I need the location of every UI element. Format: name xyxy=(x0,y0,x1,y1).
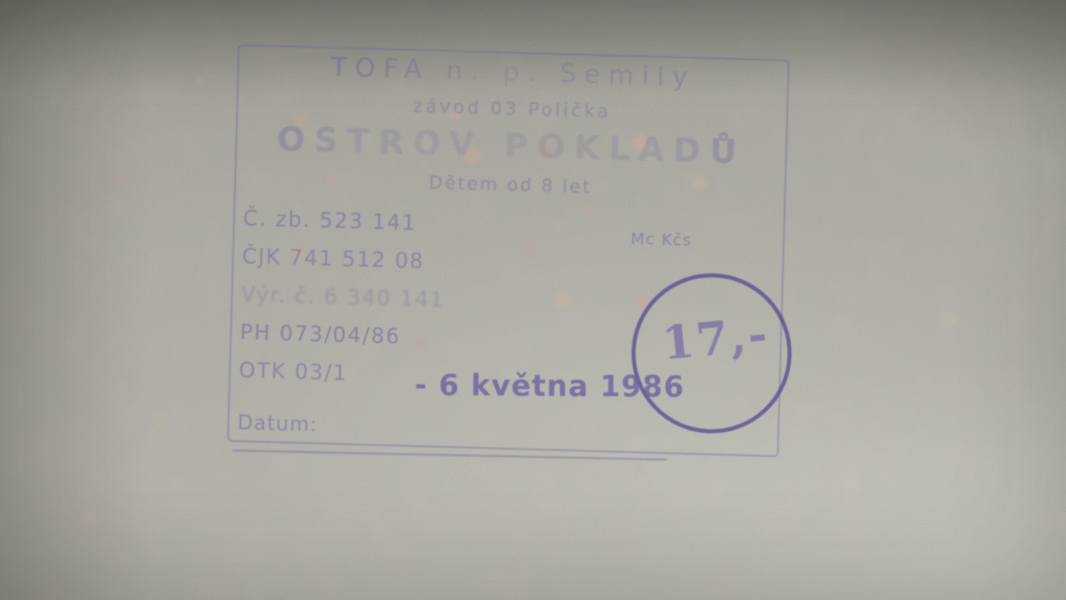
stamp-otk-row: OTK 03/1 xyxy=(239,358,349,385)
stamp-item-number-row: Č. zb. 523 141 xyxy=(243,206,417,235)
stamp-date-label: Datum: xyxy=(237,410,318,436)
stamp-ph-row: PH 073/04/86 xyxy=(240,320,401,348)
stamp-cjk-row: ČJK 741 512 08 xyxy=(242,244,425,273)
stamp-price-currency-label: Mc Kčs xyxy=(630,229,692,250)
stamp-price-value: 17,- xyxy=(660,307,772,371)
manufacturer-stamp: TOFA n. p. Semily závod 03 Polička OSTRO… xyxy=(227,44,790,457)
stamp-date-value: - 6 května 1986 xyxy=(414,368,684,404)
